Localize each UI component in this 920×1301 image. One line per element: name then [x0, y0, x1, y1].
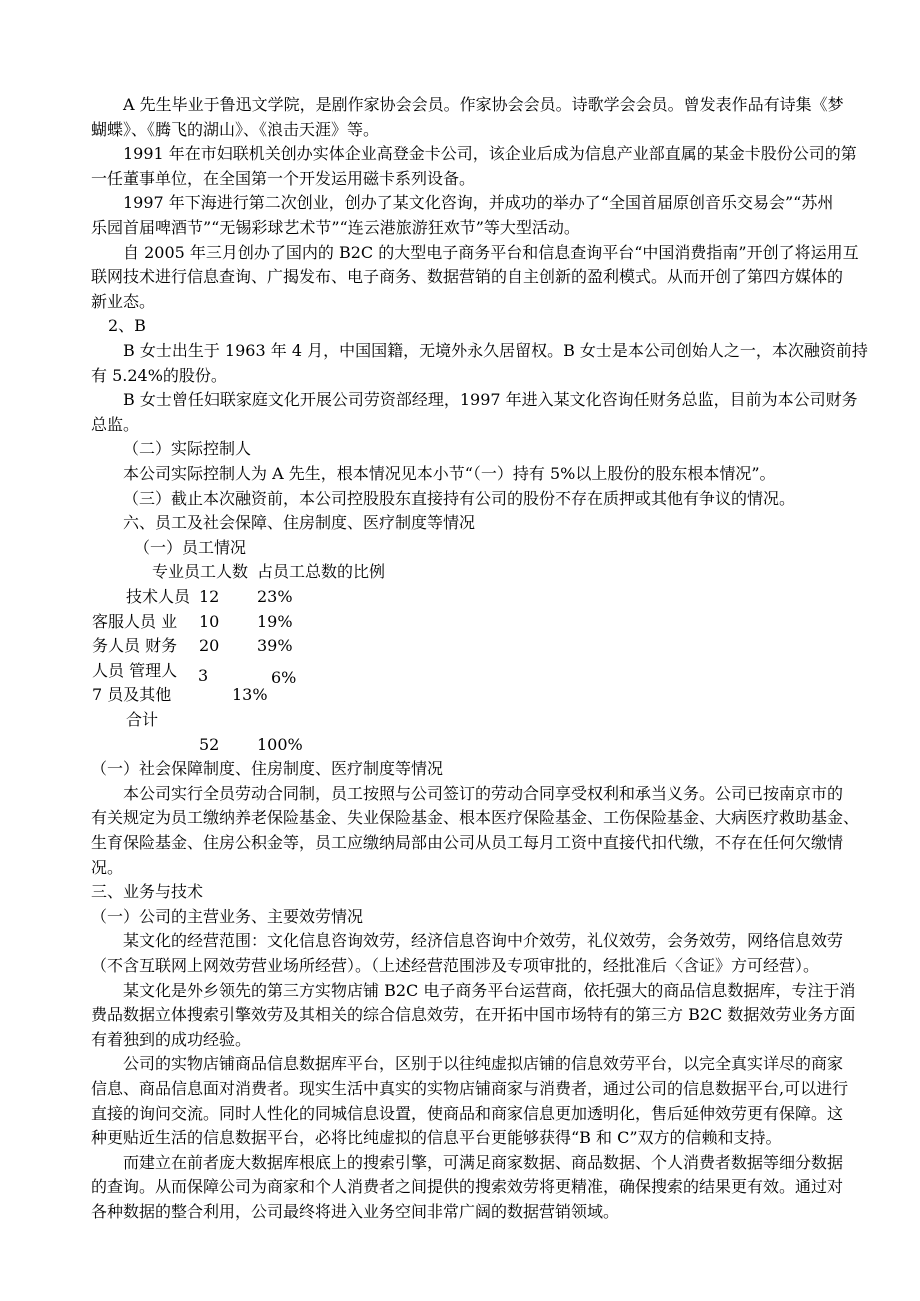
- text-line: 本公司实行全员劳动合同制，员工按照与公司签订的劳动合同享受权利和承当义务。公司已…: [0, 782, 920, 807]
- text-line: 三、业务与技术: [0, 880, 920, 905]
- table-cell: 39%: [257, 634, 293, 659]
- table-cell: 占员工总数的比例: [257, 560, 385, 585]
- text-line: 某文化是外乡领先的第三方实物店铺 B2C 电子商务平台运营商，依托强大的商品信息…: [0, 979, 920, 1004]
- text-line: 联网技术进行信息查询、广揭发布、电子商务、数据营销的自主创新的盈利模式。从而开创…: [0, 265, 920, 290]
- table-cell: 12: [199, 585, 219, 610]
- text-line: 有 5.24%的股份。: [0, 364, 920, 389]
- text-line: （一）员工情况: [0, 536, 920, 561]
- text-line: A 先生毕业于鲁迅文学院，是剧作家协会会员。作家协会会员。诗歌学会会员。曾发表作…: [0, 93, 920, 118]
- text-line: 1991 年在市妇联机关创办实体企业高登金卡公司，该企业后成为信息产业部直属的某…: [0, 142, 920, 167]
- text-line: 而建立在前者庞大数据库根底上的搜索引擎，可满足商家数据、商品数据、个人消费者数据…: [0, 1151, 920, 1176]
- text-line: （二）实际控制人: [0, 437, 920, 462]
- text-line: 的查询。从而保障公司为商家和个人消费者之间提供的搜索效劳将更精准，确保搜索的结果…: [0, 1175, 920, 1200]
- table-line: 技术人员1223%: [0, 585, 920, 610]
- text-line: （不含互联网上网效劳营业场所经营）。（上述经营范围涉及专项审批的，经批准后〈含证…: [0, 954, 920, 979]
- text-line: （三）截止本次融资前，本公司控股股东直接持有公司的股份不存在质押或其他有争议的情…: [0, 487, 920, 512]
- document-page: A 先生毕业于鲁迅文学院，是剧作家协会会员。作家协会会员。诗歌学会会员。曾发表作…: [0, 0, 920, 1301]
- table-line: 52100%: [0, 733, 920, 758]
- table-line: 专业员工人数占员工总数的比例: [0, 560, 920, 585]
- text-line: 直接的询问交流。同时人性化的同城信息设置，使商品和商家信息更加透明化，售后延伸效…: [0, 1102, 920, 1127]
- table-line: 人员 管理人36%: [0, 659, 920, 684]
- table-cell: 19%: [257, 610, 293, 635]
- table-cell: 20: [199, 634, 219, 659]
- text-line: 费品数据立体搜索引擎效劳及其相关的综合信息效劳，在开拓中国市场特有的第三方 B2…: [0, 1003, 920, 1028]
- table-cell: 务人员 财务: [92, 634, 177, 659]
- text-line: 公司的实物店铺商品信息数据库平台，区别于以往纯虚拟店铺的信息效劳平台，以完全真实…: [0, 1052, 920, 1077]
- table-cell: 100%: [257, 733, 303, 758]
- table-cell: 专业员工人数: [152, 560, 248, 585]
- text-line: （一）公司的主营业务、主要效劳情况: [0, 905, 920, 930]
- table-cell: 23%: [257, 585, 293, 610]
- text-line: 况。: [0, 856, 920, 881]
- text-line: 新业态。: [0, 290, 920, 315]
- text-line: 本公司实际控制人为 A 先生，根本情况见本小节“（一）持有 5%以上股份的股东根…: [0, 462, 920, 487]
- text-line: 1997 年下海进行第二次创业，创办了某文化咨询，并成功的举办了“全国首届原创音…: [0, 191, 920, 216]
- table-cell: 技术人员: [126, 585, 190, 610]
- text-line: B 女士出生于 1963 年 4 月，中国国籍，无境外永久居留权。B 女士是本公…: [0, 339, 920, 364]
- text-line: 一任董事单位，在全国第一个开发运用磁卡系列设备。: [0, 167, 920, 192]
- text-line: 有关规定为员工缴纳养老保险基金、失业保险基金、根本医疗保险基金、工伤保险基金、大…: [0, 806, 920, 831]
- table-line: 客服人员 业1019%: [0, 610, 920, 635]
- text-line: B 女士曾任妇联家庭文化开展公司劳资部经理，1997 年进入某文化咨询任财务总监…: [0, 388, 920, 413]
- table-line: 7 员及其他13%: [0, 683, 920, 708]
- table-cell: 合计: [126, 708, 158, 733]
- table-cell: 52: [199, 733, 219, 758]
- text-line: 2、B: [0, 314, 920, 339]
- text-line: （一）社会保障制度、住房制度、医疗制度等情况: [0, 757, 920, 782]
- text-line: 自 2005 年三月创办了国内的 B2C 的大型电子商务平台和信息查询平台“中国…: [0, 241, 920, 266]
- text-line: 蝴蝶》、《腾飞的湖山》、《浪击天涯》等。: [0, 118, 920, 143]
- text-line: 总监。: [0, 413, 920, 438]
- table-cell: 7 员及其他: [92, 683, 171, 708]
- text-line: 各种数据的整合利用，公司最终将进入业务空间非常广阔的数据营销领域。: [0, 1200, 920, 1225]
- table-cell: 13%: [232, 683, 268, 708]
- table-line: 合计: [0, 708, 920, 733]
- table-line: 务人员 财务2039%: [0, 634, 920, 659]
- text-line: 六、员工及社会保障、住房制度、医疗制度等情况: [0, 511, 920, 536]
- text-line: 有着独到的成功经验。: [0, 1028, 920, 1053]
- table-cell: 客服人员 业: [92, 610, 177, 635]
- text-line: 乐园首届啤酒节”“无锡彩球艺术节”“连云港旅游狂欢节”等大型活动。: [0, 216, 920, 241]
- text-line: 生育保险基金、住房公积金等，员工应缴纳局部由公司从员工每月工资中直接代扣代缴，不…: [0, 831, 920, 856]
- text-line: 种更贴近生活的信息数据平台，必将比纯虚拟的信息平台更能够获得“B 和 C”双方的…: [0, 1126, 920, 1151]
- text-line: 信息、商品信息面对消费者。现实生活中真实的实物店铺商家与消费者，通过公司的信息数…: [0, 1077, 920, 1102]
- table-cell: 人员 管理人: [92, 659, 177, 684]
- text-line: 某文化的经营范围：文化信息咨询效劳，经济信息咨询中介效劳，礼仪效劳，会务效劳，网…: [0, 929, 920, 954]
- table-cell: 10: [199, 610, 219, 635]
